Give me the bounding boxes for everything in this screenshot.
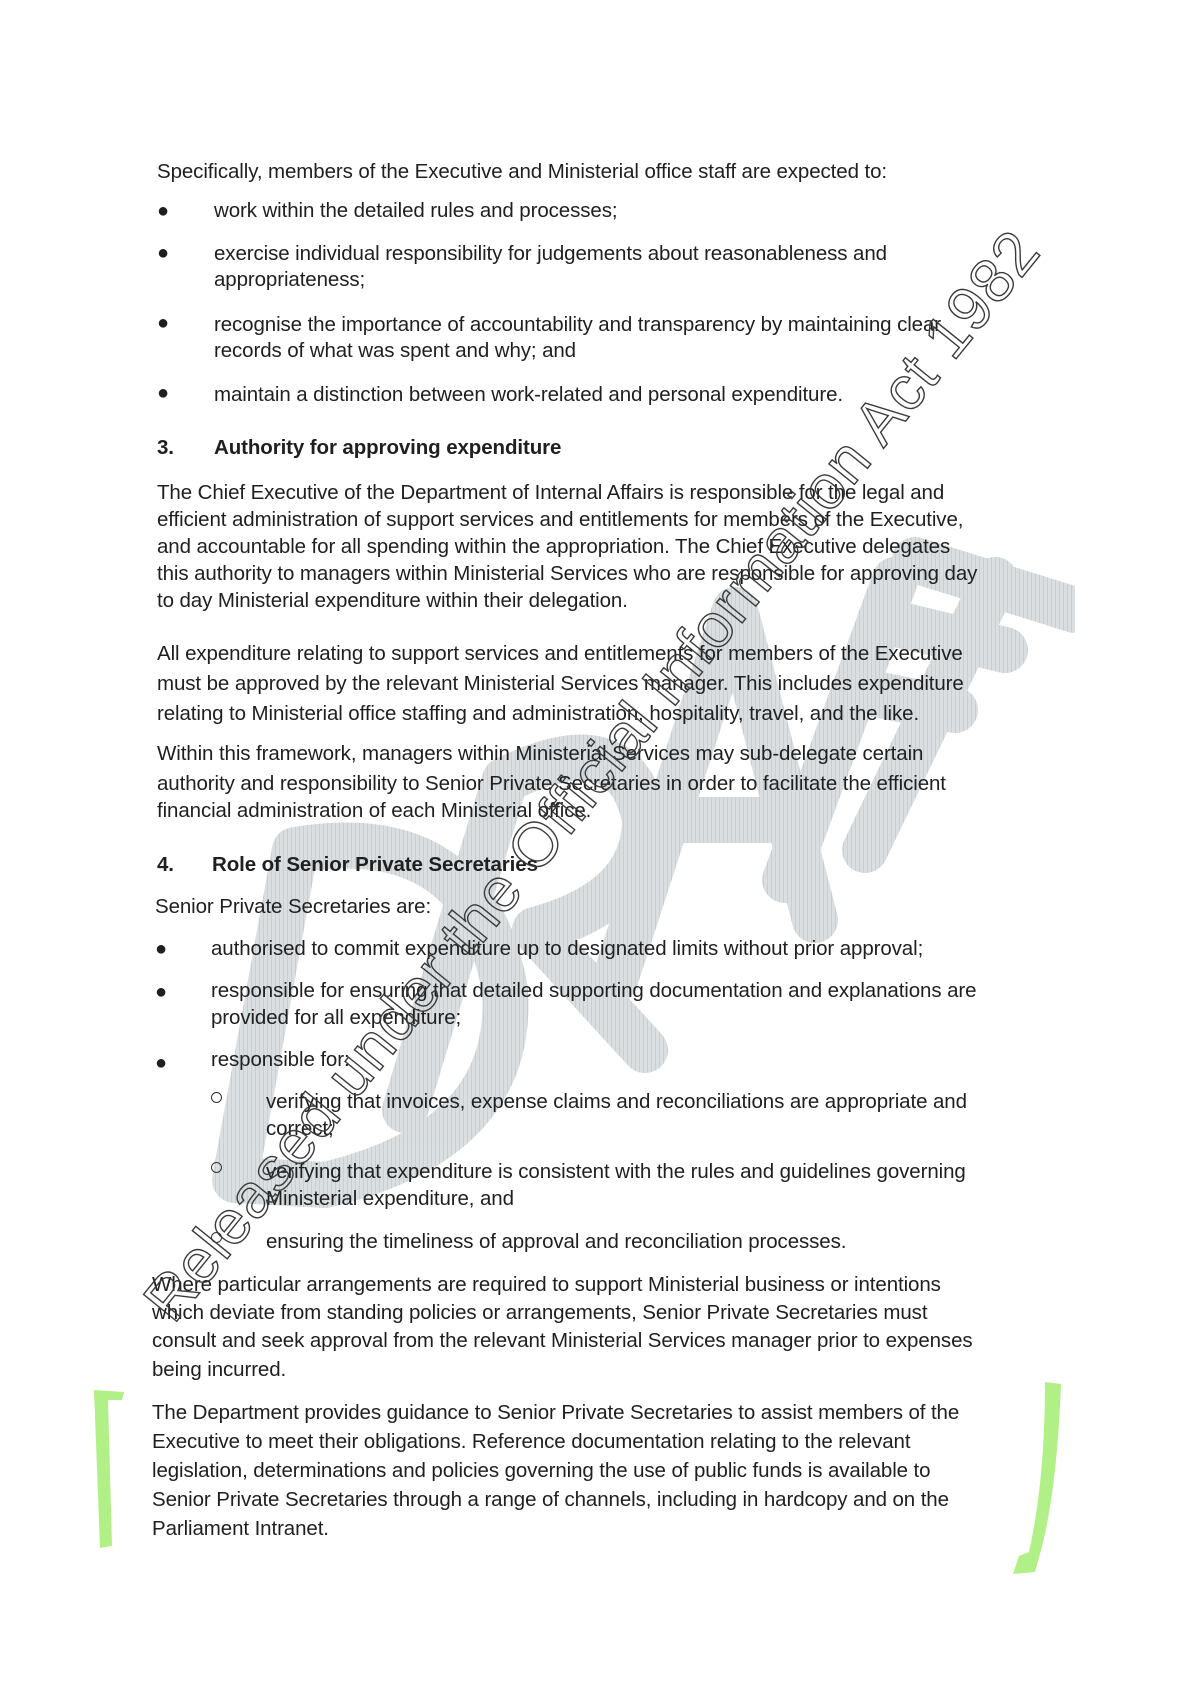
paragraph-line: All expenditure relating to support serv… [157,640,963,667]
paragraph-line: financial administration of each Ministe… [157,797,591,824]
bullet-icon: ● [157,310,169,337]
paragraph-line: The Department provides guidance to Seni… [152,1399,959,1426]
paragraph-line: efficient administration of support serv… [157,506,963,533]
paragraph-line: Parliament Intranet. [152,1515,329,1542]
sub-list-item-continuation: Ministerial expenditure, and [266,1185,514,1212]
section-4-heading: Role of Senior Private Secretaries [212,851,538,878]
sub-list-item-continuation: correct; [266,1115,334,1142]
bullet-icon: ● [157,198,169,225]
list-item: exercise individual responsibility for j… [214,240,887,267]
paragraph-line: this authority to managers within Minist… [157,560,977,587]
circle-bullet-icon [211,1092,222,1103]
paragraph-line: must be approved by the relevant Ministe… [157,670,964,697]
list-item: recognise the importance of accountabili… [214,311,941,338]
bullet-icon: ● [157,240,169,267]
section-4-lead: Senior Private Secretaries are: [155,893,431,920]
list-item-continuation: records of what was spent and why; and [214,337,576,364]
paragraph-line: relating to Ministerial office staffing … [157,700,919,727]
list-item-continuation: appropriateness; [214,266,365,293]
document-page: Specifically, members of the Executive a… [0,0,1190,1685]
bullet-icon: ● [155,1050,167,1077]
list-item: responsible for ensuring that detailed s… [211,977,976,1004]
list-item: work within the detailed rules and proce… [214,197,617,224]
paragraph-line: which deviate from standing policies or … [152,1299,927,1326]
paragraph-line: Executive to meet their obligations. Ref… [152,1428,910,1455]
sub-list-item: ensuring the timeliness of approval and … [266,1228,846,1255]
section-3-heading: Authority for approving expenditure [214,434,561,461]
bullet-icon: ● [155,936,167,963]
paragraph-line: authority and responsibility to Senior P… [157,770,946,797]
paragraph-line: and accountable for all spending within … [157,533,950,560]
paragraph-line: legislation, determinations and policies… [152,1457,930,1484]
paragraph-line: Senior Private Secretaries through a ran… [152,1486,949,1513]
circle-bullet-icon [211,1232,222,1243]
sub-list-item: verifying that expenditure is consistent… [266,1158,966,1185]
bullet-icon: ● [155,979,167,1006]
list-item: authorised to commit expenditure up to d… [211,935,923,962]
paragraph-line: Within this framework, managers within M… [157,740,923,767]
paragraph-line: Where particular arrangements are requir… [152,1271,941,1298]
list-item: maintain a distinction between work-rela… [214,381,843,408]
bullet-icon: ● [157,380,169,407]
circle-bullet-icon [211,1162,222,1173]
sub-list-item: verifying that invoices, expense claims … [266,1088,967,1115]
paragraph-line: being incurred. [152,1356,286,1383]
document-body: Specifically, members of the Executive a… [0,0,1190,1685]
paragraph-line: The Chief Executive of the Department of… [157,479,944,506]
list-item-continuation: provided for all expenditure; [211,1004,461,1031]
paragraph-line: to day Ministerial expenditure within th… [157,587,628,614]
section-4-number: 4. [157,851,174,878]
list-item: responsible for: [211,1046,350,1073]
section-3-number: 3. [157,434,174,461]
intro-text: Specifically, members of the Executive a… [157,158,887,185]
paragraph-line: consult and seek approval from the relev… [152,1327,973,1354]
